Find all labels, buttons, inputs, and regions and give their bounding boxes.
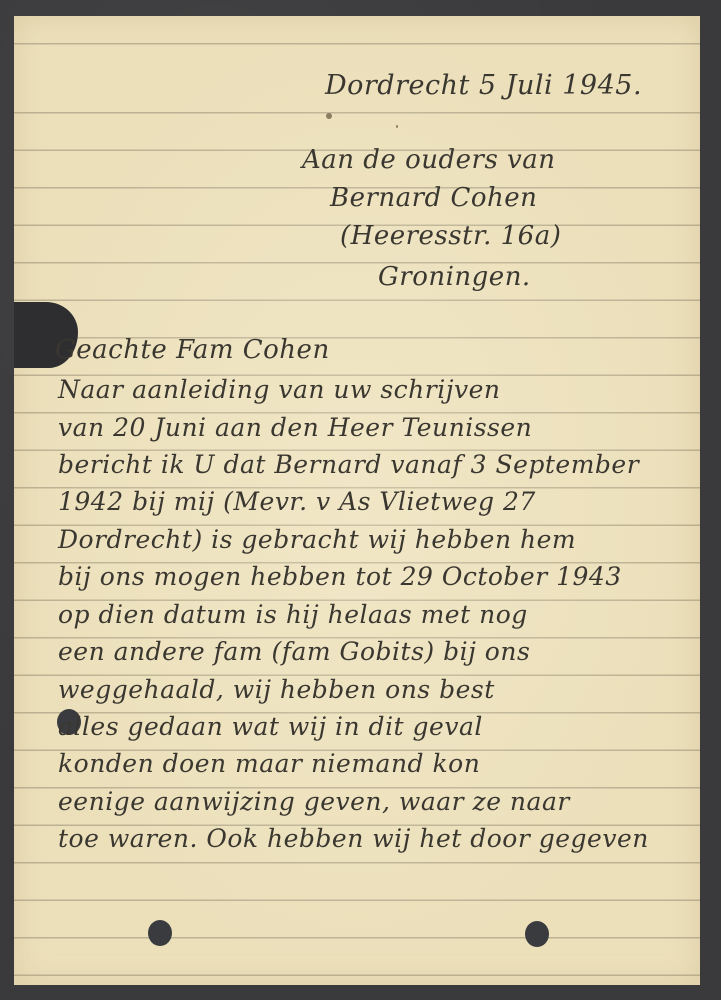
body-line: 1942 bij mij (Mevr. v As Vlietweg 27 — [58, 487, 536, 516]
punch-hole-bottom-left — [148, 920, 172, 946]
address-line: Bernard Cohen — [330, 183, 537, 213]
address-line: Aan de ouders van — [302, 145, 555, 175]
body-line: eenige aanwijzing geven, waar ze naar — [58, 787, 570, 816]
body-line: een andere fam (fam Gobits) bij ons — [58, 637, 530, 666]
body-line: Naar aanleiding van uw schrijven — [58, 375, 501, 404]
body-line: alles gedaan wat wij in dit geval — [58, 712, 483, 741]
body-line: bericht ik U dat Bernard vanaf 3 Septemb… — [58, 450, 639, 479]
date-line: Dordrecht 5 Juli 1945. — [325, 70, 642, 101]
body-line: van 20 Juni aan den Heer Teunissen — [58, 413, 532, 442]
body-line: konden doen maar niemand kon — [58, 749, 480, 778]
body-line: toe waren. Ook hebben wij het door gegev… — [58, 824, 649, 853]
punch-hole-bottom-right — [525, 921, 549, 947]
salutation: Geachte Fam Cohen — [55, 335, 330, 365]
paper-speck — [326, 113, 332, 119]
body-line: bij ons mogen hebben tot 29 October 1943 — [58, 562, 622, 591]
body-line: op dien datum is hij helaas met nog — [58, 600, 528, 629]
body-line: Dordrecht) is gebracht wij hebben hem — [58, 525, 576, 554]
body-line: weggehaald, wij hebben ons best — [58, 675, 495, 704]
address-line: (Heeresstr. 16a) — [340, 221, 561, 251]
paper-speck — [396, 125, 398, 128]
address-line: Groningen. — [378, 262, 531, 292]
